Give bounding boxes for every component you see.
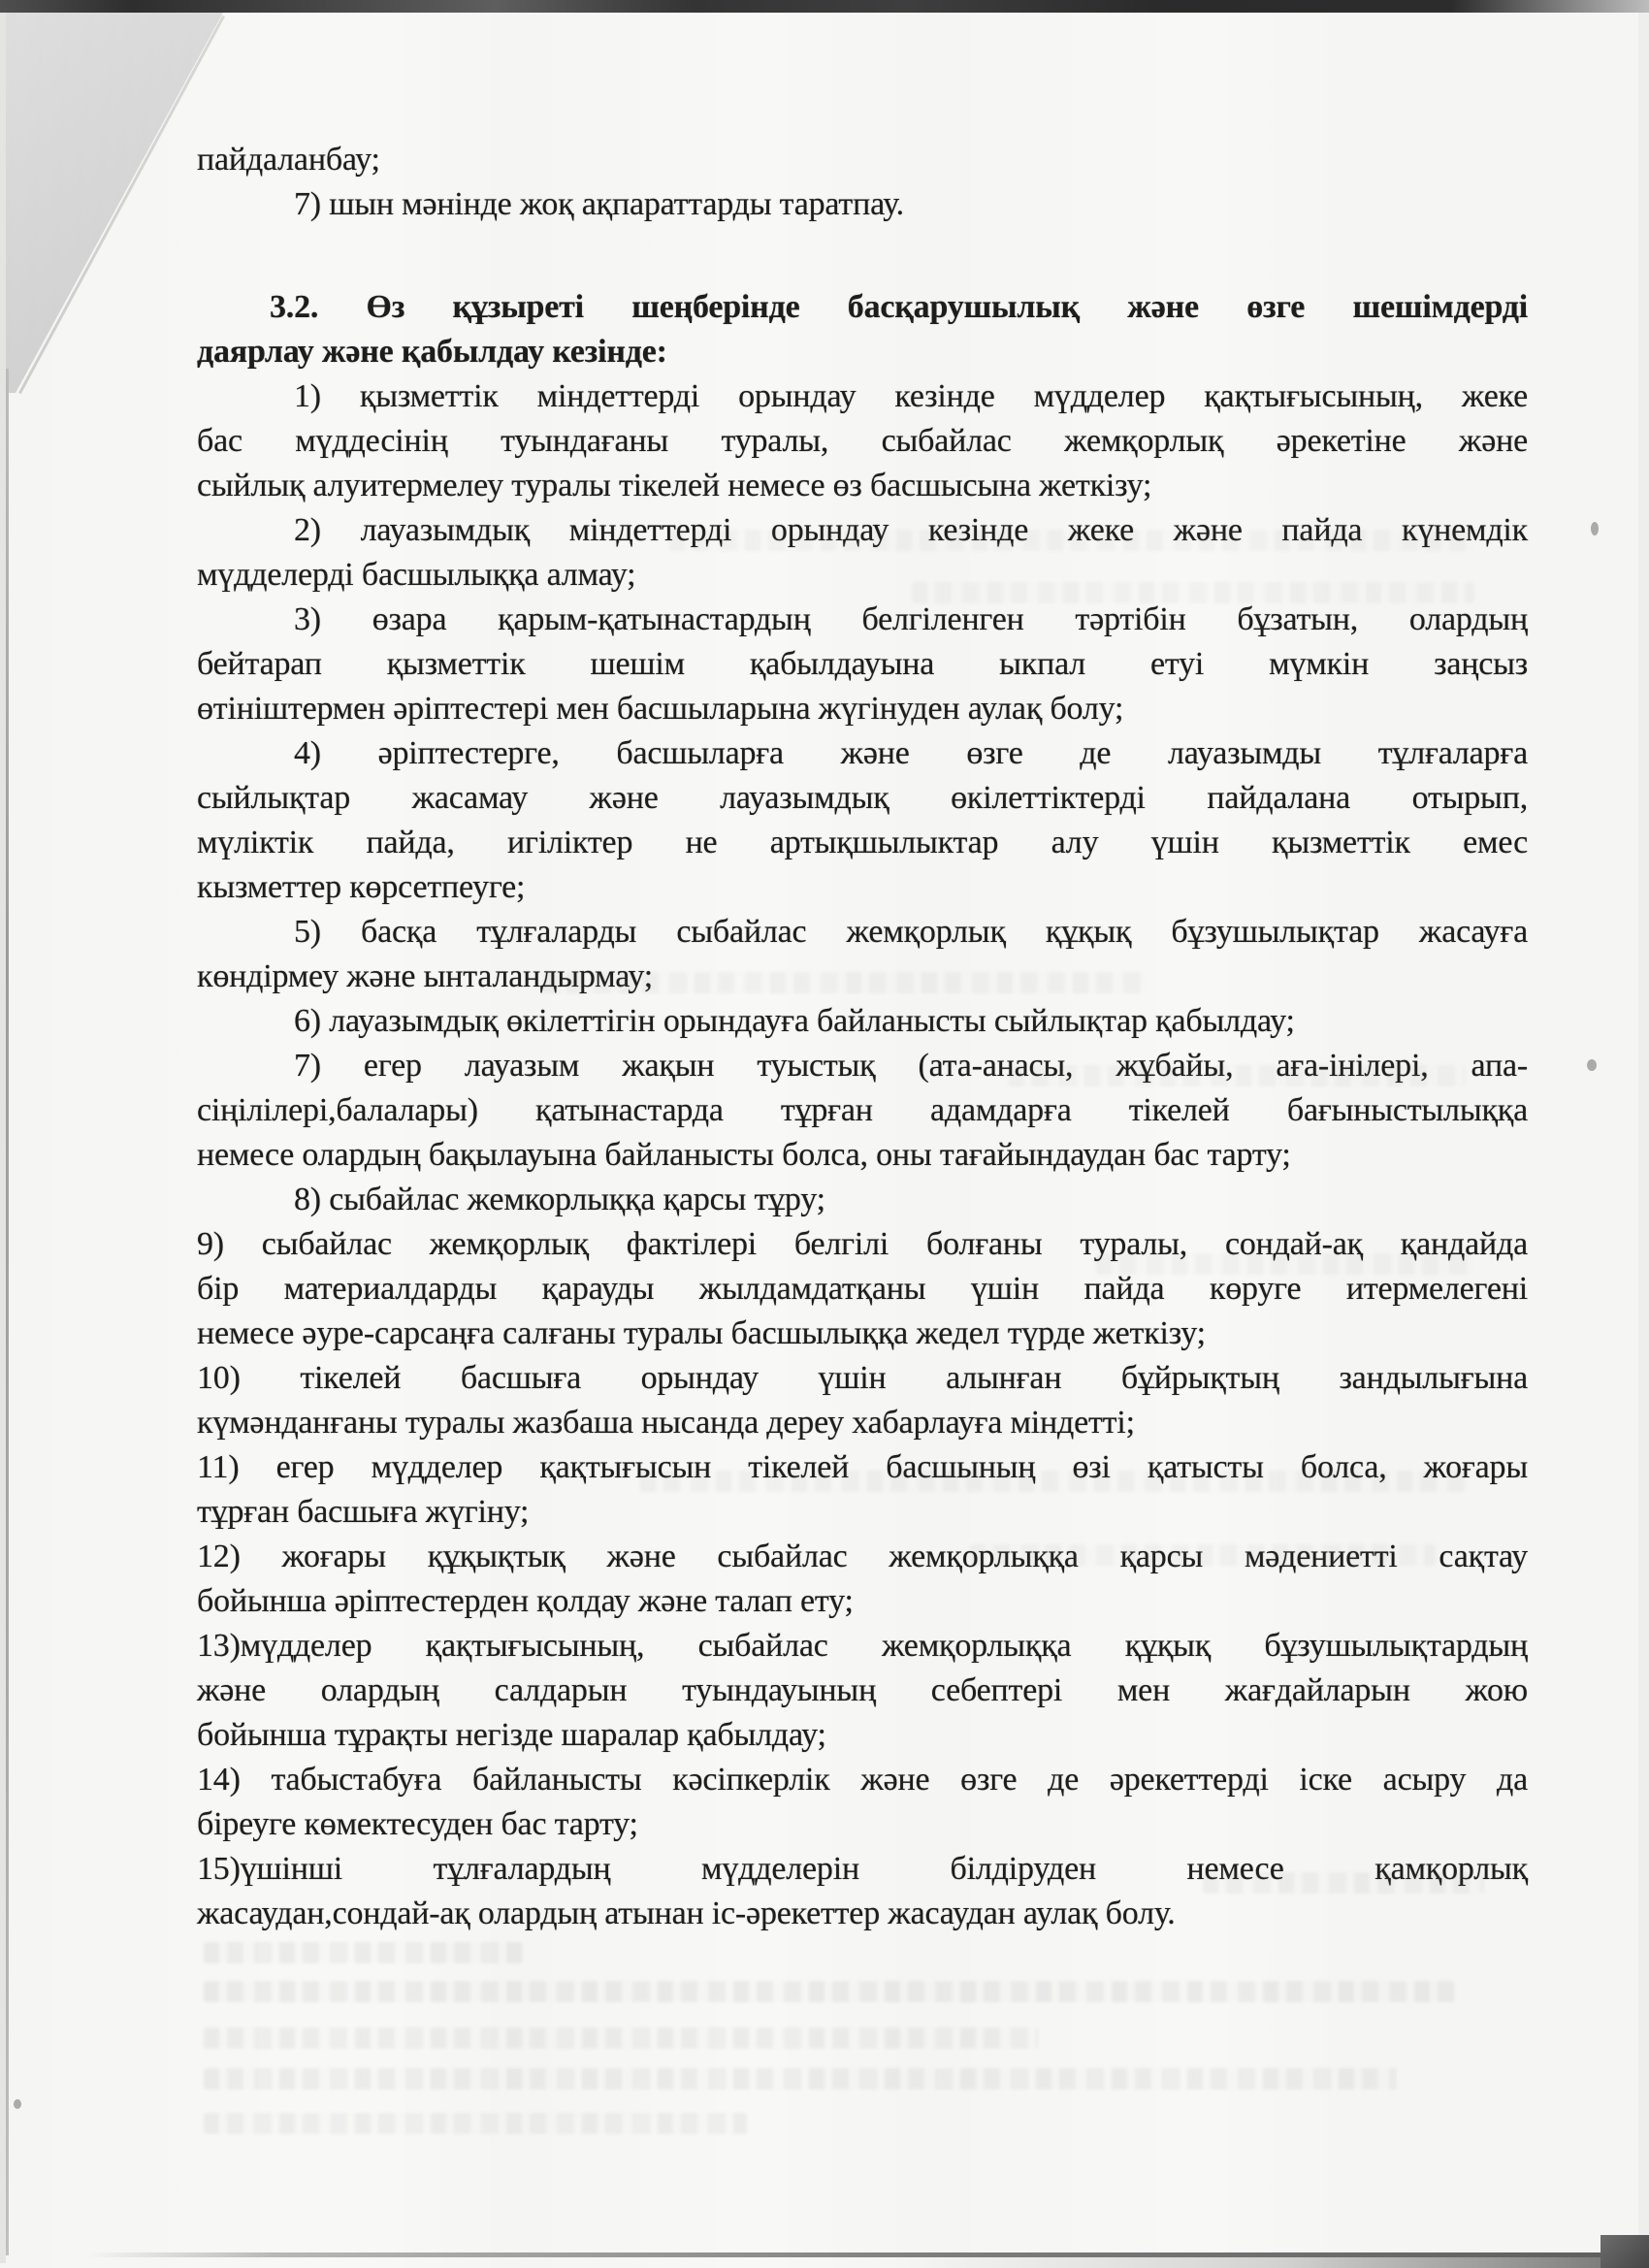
ink-speck: [1587, 1059, 1597, 1071]
top-scanner-band: [0, 0, 1649, 13]
bleedthrough-text-line: [1009, 1065, 1465, 1086]
bleedthrough-text-line: [204, 1942, 524, 1963]
text-line: мүліктік пайда, игіліктер не артықшылыкт…: [197, 821, 1528, 865]
bleedthrough-text-line: [669, 530, 1474, 551]
bleedthrough-text-line: [543, 972, 1145, 993]
item-14: 14) табыстабуға байланысты кәсіпкерлік ж…: [197, 1758, 1528, 1847]
item-10: 10) тікелей басшыға орындау үшін алынған…: [197, 1356, 1528, 1445]
text-line: пайдаланбау;: [197, 138, 1528, 182]
text-line: жасаудан,сондай-ақ олардың атынан іс-әре…: [197, 1892, 1528, 1936]
scanner-corner-block: [1600, 2235, 1649, 2268]
item-6: 6) лауазымдық өкілеттігін орындауға байл…: [197, 999, 1528, 1044]
left-page-edge-line: [6, 369, 9, 2255]
text-line: 1) қызметтік міндеттерді орындау кезінде…: [197, 374, 1528, 419]
text-line: 7) шын мәнінде жоқ ақпараттарды таратпау…: [197, 182, 1528, 227]
item-7: 7) егер лауазым жақын туыстық (ата-анасы…: [197, 1044, 1528, 1178]
text-block: пайдаланбау;7) шын мәнінде жоқ ақпаратта…: [197, 138, 1528, 1936]
bleedthrough-text-line: [204, 2027, 1038, 2049]
bleedthrough-text-line: [204, 2113, 747, 2134]
item-9: 9) сыбайлас жемқорлық фактілері белгілі …: [197, 1222, 1528, 1356]
text-line: бас мүддесінің туындағаны туралы, сыбайл…: [197, 419, 1528, 464]
document-page: пайдаланбау;7) шын мәнінде жоқ ақпаратта…: [0, 0, 1649, 2268]
text-line: күмәнданғаны туралы жазбаша нысанда дере…: [197, 1401, 1528, 1445]
bleedthrough-text-line: [204, 1981, 1455, 2002]
ink-speck: [1591, 522, 1599, 535]
bleedthrough-text-line: [640, 1471, 1465, 1492]
text-line: біреуге көмектесуден бас тарту;: [197, 1802, 1528, 1847]
text-line: 3) өзара қарым-қатынастардың белгіленген…: [197, 598, 1528, 642]
item-13: 13)мүдделер қақтығысының, сыбайлас жемқо…: [197, 1624, 1528, 1758]
text-line: бойынша әріптестерден қолдау және талап …: [197, 1579, 1528, 1624]
bleedthrough-text-line: [970, 1544, 1436, 1566]
bleedthrough-text-line: [912, 582, 1474, 603]
text-line: тұрған басшыға жүгіну;: [197, 1490, 1528, 1535]
text-line: өтініштермен әріптестері мен басшыларына…: [197, 687, 1528, 731]
bleedthrough-text-line: [1203, 1872, 1484, 1894]
text-line: 4) әріптестерге, басшыларға және өзге де…: [197, 731, 1528, 776]
bottom-shadow-strip: [0, 2257, 1649, 2268]
text-line: 10) тікелей басшыға орындау үшін алынған…: [197, 1356, 1528, 1401]
text-line: сыйлықтар жасамау және лауазымдық өкілет…: [197, 776, 1528, 821]
text-line: 5) басқа тұлғаларды сыбайлас жемқорлық қ…: [197, 910, 1528, 955]
item-8: 8) сыбайлас жемкорлыққа қарсы тұру;: [197, 1178, 1528, 1222]
text-line: 13)мүдделер қақтығысының, сыбайлас жемқо…: [197, 1624, 1528, 1669]
carryover-line: пайдаланбау;: [197, 138, 1528, 182]
text-line: даярлау және қабылдау кезінде:: [197, 330, 1528, 374]
text-line: немесе олардың бақылауына байланысты бол…: [197, 1133, 1528, 1178]
text-line: 8) сыбайлас жемкорлыққа қарсы тұру;: [197, 1178, 1528, 1222]
text-line: 6) лауазымдық өкілеттігін орындауға байл…: [197, 999, 1528, 1044]
text-line: 3.2. Өз құзыреті шеңберінде басқарушылық…: [197, 285, 1528, 330]
text-line: 14) табыстабуға байланысты кәсіпкерлік ж…: [197, 1758, 1528, 1802]
item-3: 3) өзара қарым-қатынастардың белгіленген…: [197, 598, 1528, 731]
ink-speck: [14, 2099, 21, 2109]
bleedthrough-text-line: [1096, 1253, 1474, 1275]
text-line: кызметтер көрсетпеуге;: [197, 865, 1528, 910]
bleedthrough-text-line: [204, 2068, 1397, 2090]
text-line: сіңілілері,балалары) қатынастарда тұрған…: [197, 1088, 1528, 1133]
right-scan-margin: [1638, 13, 1649, 2244]
text-line: сыйлық алуитермелеу туралы тікелей немес…: [197, 464, 1528, 508]
text-line: бейтарап қызметтік шешім қабылдауына ыкп…: [197, 642, 1528, 687]
section-3-2-heading: 3.2. Өз құзыреті шеңберінде басқарушылық…: [197, 285, 1528, 374]
text-line: бойынша тұрақты негізде шаралар қабылдау…: [197, 1713, 1528, 1758]
text-line: және олардың салдарын туындауының себепт…: [197, 1669, 1528, 1713]
text-line: немесе әуре-сарсаңға салғаны туралы басш…: [197, 1312, 1528, 1356]
item-1: 1) қызметтік міндеттерді орындау кезінде…: [197, 374, 1528, 508]
item-7-previous-section: 7) шын мәнінде жоқ ақпараттарды таратпау…: [197, 182, 1528, 227]
item-4: 4) әріптестерге, басшыларға және өзге де…: [197, 731, 1528, 910]
